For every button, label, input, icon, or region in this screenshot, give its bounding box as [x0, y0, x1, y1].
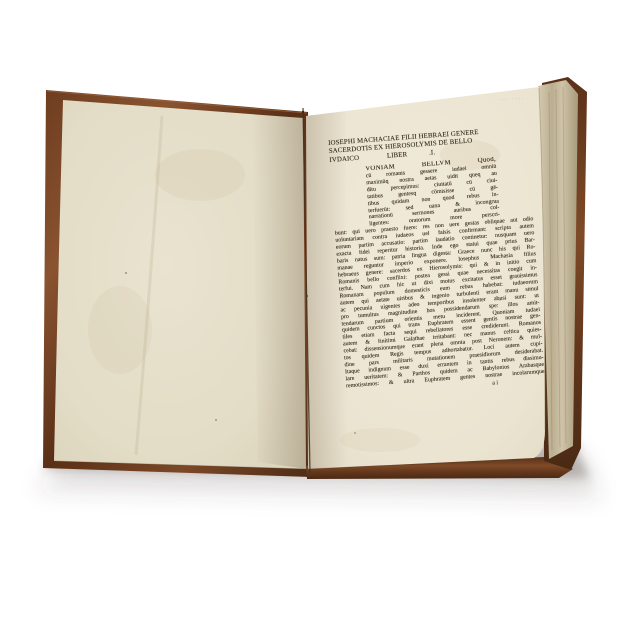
printed-text-block: IOSEPHI MACHACIAE FILII HEBRAEI GENERE S… [328, 125, 548, 398]
opening-paragraph-with-initial-space: VONIAM BELLVM Quod,cū romanis gessere iu… [365, 157, 500, 229]
gutter-shade-left [252, 114, 306, 469]
photo-stage: IOSEPHI MACHACIAE FILII HEBRAEI GENERE S… [0, 0, 635, 635]
foxing-dot [125, 272, 127, 274]
sewing-speck [306, 295, 308, 297]
heading-word: LIBER [387, 151, 408, 161]
heading-word: IVDAICO [329, 154, 359, 164]
heading-word: .I. [429, 149, 436, 158]
sewing-speck [302, 111, 304, 113]
page-stain [340, 428, 420, 452]
page-stain [155, 149, 245, 201]
body-paragraph: bunt: qui uero praesto fuere: res non ue… [335, 217, 545, 391]
foxing-dot [354, 432, 356, 434]
foxing-dot [215, 419, 217, 421]
